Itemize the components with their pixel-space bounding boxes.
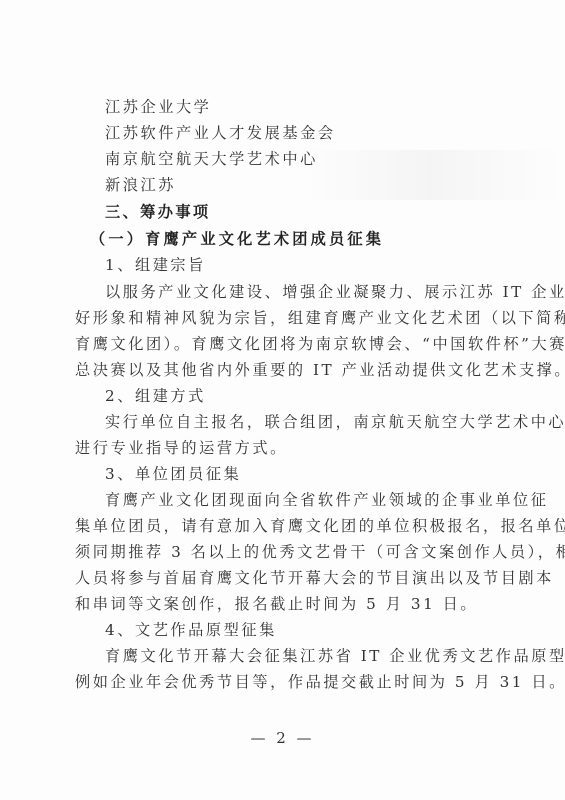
paragraph-line: 以服务产业文化建设、增强企业凝聚力、展示江苏 IT 企业良 [105, 282, 515, 302]
org-line-3: 南京航空航天大学艺术中心 [105, 149, 515, 169]
paragraph-line: 人员将参与首届育鹰文化节开幕大会的节目演出以及节目剧本 [75, 568, 485, 588]
paragraph-line: 进行专业指导的运营方式。 [75, 438, 485, 458]
paragraph-line: 须同期推荐 3 名以上的优秀文艺骨干（可含文案创作人员），相关 [75, 542, 485, 562]
paragraph-line: 好形象和精神风貌为宗旨，组建育鹰产业文化艺术团（以下简称 [75, 308, 485, 328]
org-line-1: 江苏企业大学 [105, 97, 515, 117]
paragraph-line: 育鹰文化节开幕大会征集江苏省 IT 企业优秀文艺作品原型， [105, 646, 515, 666]
item-heading-4: 4、文艺作品原型征集 [105, 620, 515, 640]
paragraph-line: 和串词等文案创作，报名截止时间为 5 月 31 日。 [75, 594, 485, 614]
paragraph-line: 实行单位自主报名，联合组团，南京航天航空大学艺术中心 [105, 412, 515, 432]
section-heading: 三、筹办事项 [105, 202, 515, 222]
org-line-4: 新浪江苏 [105, 175, 515, 195]
paragraph-line: 例如企业年会优秀节目等，作品提交截止时间为 5 月 31 日。作品 [75, 672, 485, 692]
paragraph-line: 总决赛以及其他省内外重要的 IT 产业活动提供文化艺术支撑。 [75, 360, 485, 380]
org-line-2: 江苏软件产业人才发展基金会 [105, 123, 515, 143]
paragraph-line: 育鹰文化团）。育鹰文化团将为南京软博会、“中国软件杯”大赛 [75, 334, 485, 354]
document-page: 江苏企业大学 江苏软件产业人才发展基金会 南京航空航天大学艺术中心 新浪江苏 三… [0, 0, 565, 800]
item-heading-1: 1、组建宗旨 [105, 255, 515, 275]
page-number: — 2 — [0, 729, 565, 747]
subsection-heading: （一）育鹰产业文化艺术团成员征集 [90, 229, 500, 249]
paragraph-line: 育鹰产业文化团现面向全省软件产业领域的企事业单位征 [105, 490, 515, 510]
paragraph-line: 集单位团员，请有意加入育鹰文化团的单位积极报名，报名单位 [75, 516, 485, 536]
item-heading-3: 3、单位团员征集 [105, 464, 515, 484]
item-heading-2: 2、组建方式 [105, 386, 515, 406]
